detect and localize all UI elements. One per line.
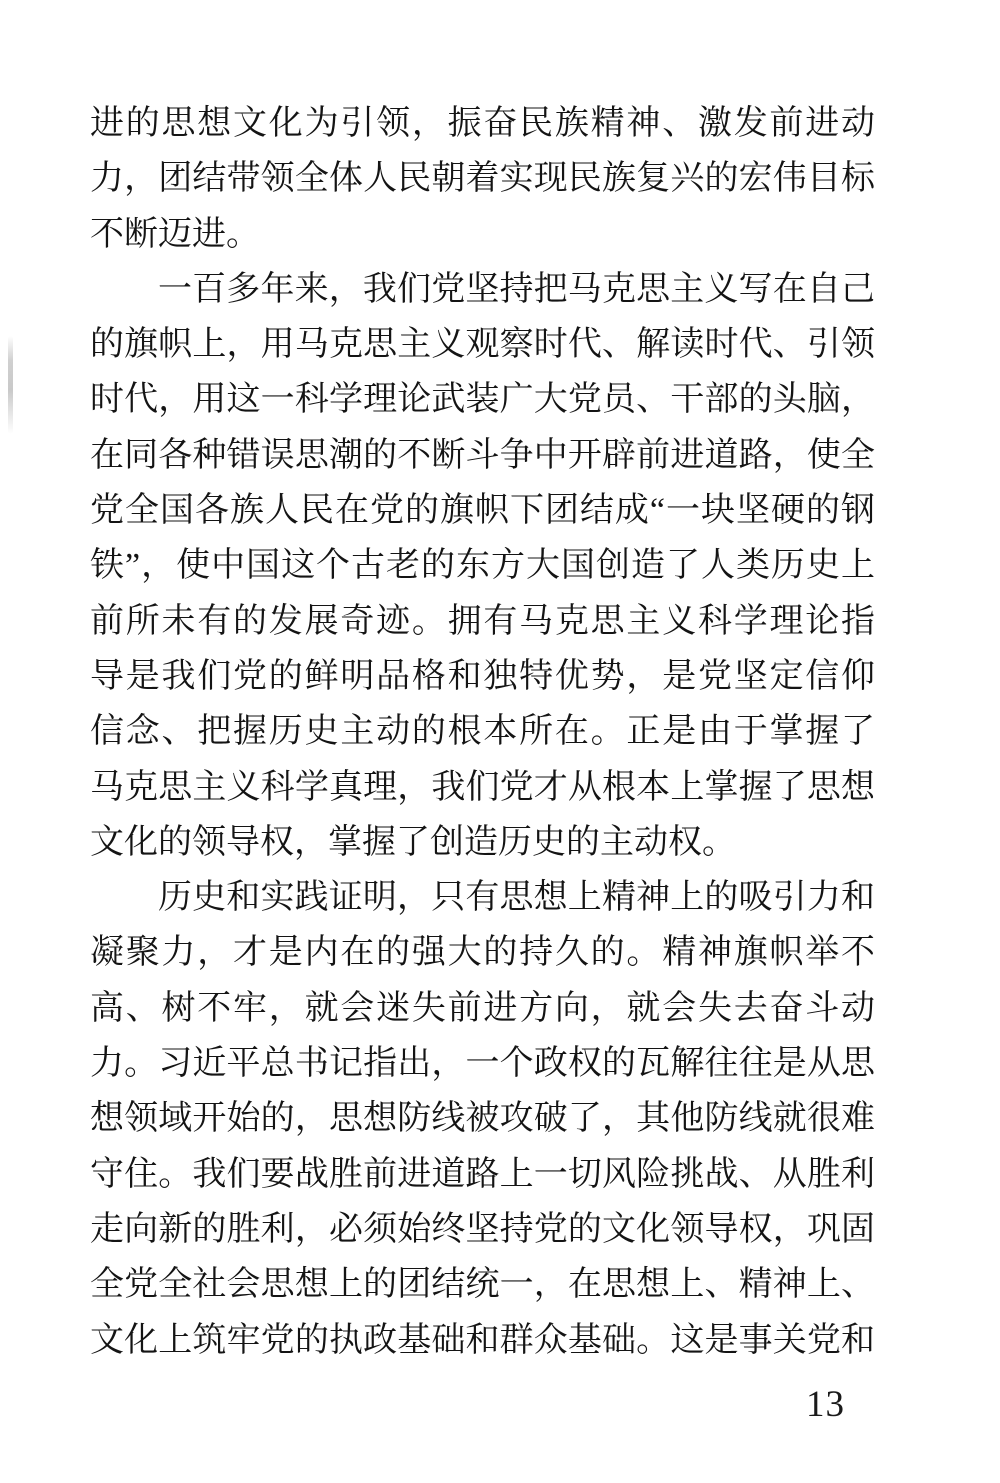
text-line: 历史和实践证明，只有思想上精神上的吸引力和: [90, 870, 875, 925]
text-line: 在同各种错误思潮的不断斗争中开辟前进道路，使全: [90, 428, 875, 483]
text-line: 想领域开始的，思想防线被攻破了，其他防线就很难: [90, 1091, 875, 1146]
scanned-book-page: 进的思想文化为引领，振奋民族精神、激发前进动 力，团结带领全体人民朝着实现民族复…: [0, 0, 1000, 1483]
paragraph: 历史和实践证明，只有思想上精神上的吸引力和 凝聚力，才是内在的强大的持久的。精神…: [90, 870, 875, 1368]
text-line: 高、树不牢，就会迷失前进方向，就会失去奋斗动: [90, 981, 875, 1036]
scan-smudge-artifact: [8, 336, 13, 434]
text-line: 力，团结带领全体人民朝着实现民族复兴的宏伟目标: [90, 151, 875, 206]
paragraph: 一百多年来，我们党坚持把马克思主义写在自己 的旗帜上，用马克思主义观察时代、解读…: [90, 262, 875, 870]
text-line: 守住。我们要战胜前进道路上一切风险挑战、从胜利: [90, 1147, 875, 1202]
text-line: 导是我们党的鲜明品格和独特优势，是党坚定信仰: [90, 649, 875, 704]
text-line: 进的思想文化为引领，振奋民族精神、激发前进动: [90, 96, 875, 151]
text-line: 力。习近平总书记指出，一个政权的瓦解往往是从思: [90, 1036, 875, 1091]
text-line: 前所未有的发展奇迹。拥有马克思主义科学理论指: [90, 594, 875, 649]
text-line: 的旗帜上，用马克思主义观察时代、解读时代、引领: [90, 317, 875, 372]
text-line: 凝聚力，才是内在的强大的持久的。精神旗帜举不: [90, 925, 875, 980]
paragraph: 进的思想文化为引领，振奋民族精神、激发前进动 力，团结带领全体人民朝着实现民族复…: [90, 96, 875, 262]
text-line: 全党全社会思想上的团结统一，在思想上、精神上、: [90, 1257, 875, 1312]
page-number: 13: [806, 1383, 845, 1426]
text-line: 时代，用这一科学理论武装广大党员、干部的头脑，: [90, 372, 875, 427]
text-line: 一百多年来，我们党坚持把马克思主义写在自己: [90, 262, 875, 317]
text-line: 马克思主义科学真理，我们党才从根本上掌握了思想: [90, 760, 875, 815]
text-line: 走向新的胜利，必须始终坚持党的文化领导权，巩固: [90, 1202, 875, 1257]
text-line: 文化上筑牢党的执政基础和群众基础。这是事关党和: [90, 1313, 875, 1368]
text-line: 文化的领导权，掌握了创造历史的主动权。: [90, 815, 875, 870]
text-block: 进的思想文化为引领，振奋民族精神、激发前进动 力，团结带领全体人民朝着实现民族复…: [90, 96, 875, 1368]
text-line: 铁”，使中国这个古老的东方大国创造了人类历史上: [90, 538, 875, 593]
text-line: 信念、把握历史主动的根本所在。正是由于掌握了: [90, 704, 875, 759]
text-line: 不断迈进。: [90, 207, 875, 262]
text-line: 党全国各族人民在党的旗帜下团结成“一块坚硬的钢: [90, 483, 875, 538]
